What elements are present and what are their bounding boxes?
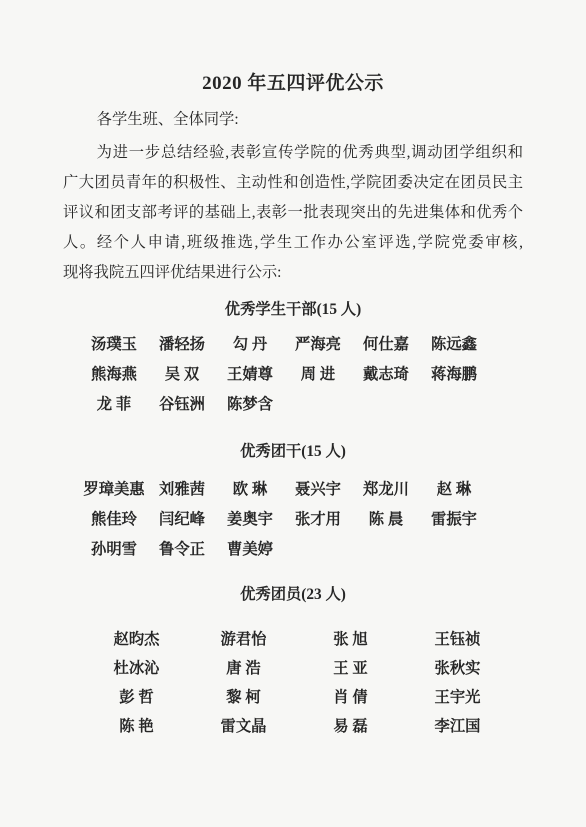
awardee-name: 勾 丹 [216, 330, 284, 360]
awardee-name: 杜冰沁 [83, 654, 190, 683]
section-heading: 优秀团干(15 人) [63, 437, 523, 467]
paragraph-line: 为进一步总结经验,表彰宣传学院的优秀典型,调动团学组织和 [63, 138, 523, 168]
awardee-name: 易 磊 [297, 712, 404, 741]
awardee-name: 姜奥宇 [216, 505, 284, 535]
awardee-name: 张 旭 [297, 625, 404, 654]
paragraph-line: 评议和团支部考评的基础上,表彰一批表现突出的先进集体和优秀个 [63, 198, 523, 228]
awardee-name: 曹美婷 [216, 535, 284, 565]
awardee-name: 闫纪峰 [148, 505, 216, 535]
awardee-name: 肖 倩 [297, 683, 404, 712]
awardee-name: 王宇光 [404, 683, 511, 712]
section-heading: 优秀学生干部(15 人) [63, 295, 523, 325]
awardee-name: 王钰祯 [404, 625, 511, 654]
paragraph-line: 人。经个人申请,班级推选,学生工作办公室评选,学院党委审核, [63, 228, 523, 258]
awardee-name: 聂兴宇 [284, 475, 352, 505]
section-outstanding-league-cadres: 优秀团干(15 人) 罗璋美惠刘雅茜欧 琳聂兴宇郑龙川赵 琳熊佳玲闫纪峰姜奥宇张… [63, 437, 523, 565]
awardee-name: 何仕嘉 [352, 330, 420, 360]
paragraph-line: 广大团员青年的积极性、主动性和创造性,学院团委决定在团员民主 [63, 168, 523, 198]
awardee-name: 蒋海鹏 [420, 360, 488, 390]
awardee-name: 李江国 [404, 712, 511, 741]
intro-paragraph: 为进一步总结经验,表彰宣传学院的优秀典型,调动团学组织和 广大团员青年的积极性、… [63, 138, 523, 288]
awardee-name: 郑龙川 [352, 475, 420, 505]
awardee-name: 雷振宇 [420, 505, 488, 535]
awardee-name: 欧 琳 [216, 475, 284, 505]
section-outstanding-league-members: 优秀团员(23 人) 赵昀杰游君怡张 旭王钰祯杜冰沁唐 浩王 亚张秋实彭 哲黎 … [63, 580, 523, 741]
awardee-name: 赵 琳 [420, 475, 488, 505]
awardee-name: 黎 柯 [190, 683, 297, 712]
paragraph-line: 现将我院五四评优结果进行公示: [63, 258, 523, 288]
announcement-document: 2020 年五四评优公示 各学生班、全体同学: 为进一步总结经验,表彰宣传学院的… [0, 0, 586, 827]
salutation: 各学生班、全体同学: [63, 105, 523, 135]
awardee-name: 周 进 [284, 360, 352, 390]
awardee-name: 严海亮 [284, 330, 352, 360]
awardee-name: 游君怡 [190, 625, 297, 654]
awardee-name: 张秋实 [404, 654, 511, 683]
awardee-name: 龙 菲 [80, 390, 148, 420]
awardee-name: 陈梦含 [216, 390, 284, 420]
name-grid: 赵昀杰游君怡张 旭王钰祯杜冰沁唐 浩王 亚张秋实彭 哲黎 柯肖 倩王宇光陈 艳雷… [83, 625, 523, 741]
awardee-name: 罗璋美惠 [80, 475, 148, 505]
awardee-name: 陈 艳 [83, 712, 190, 741]
awardee-name: 王 亚 [297, 654, 404, 683]
section-outstanding-student-cadres: 优秀学生干部(15 人) 汤璞玉潘轻扬勾 丹严海亮何仕嘉陈远鑫熊海燕吴 双王婧尊… [63, 295, 523, 420]
awardee-name: 张才用 [284, 505, 352, 535]
awardee-name: 吴 双 [148, 360, 216, 390]
awardee-name: 唐 浩 [190, 654, 297, 683]
awardee-name: 熊海燕 [80, 360, 148, 390]
awardee-name: 潘轻扬 [148, 330, 216, 360]
awardee-name: 雷文晶 [190, 712, 297, 741]
name-grid: 罗璋美惠刘雅茜欧 琳聂兴宇郑龙川赵 琳熊佳玲闫纪峰姜奥宇张才用陈 晨雷振宇孙明雪… [80, 475, 523, 565]
awardee-name: 孙明雪 [80, 535, 148, 565]
awardee-name: 谷钰洲 [148, 390, 216, 420]
name-grid: 汤璞玉潘轻扬勾 丹严海亮何仕嘉陈远鑫熊海燕吴 双王婧尊周 进戴志琦蒋海鹏龙 菲谷… [80, 330, 523, 420]
awardee-name: 王婧尊 [216, 360, 284, 390]
awardee-name: 熊佳玲 [80, 505, 148, 535]
awardee-name: 赵昀杰 [83, 625, 190, 654]
awardee-name: 刘雅茜 [148, 475, 216, 505]
awardee-name: 鲁令正 [148, 535, 216, 565]
awardee-name: 彭 哲 [83, 683, 190, 712]
awardee-name: 戴志琦 [352, 360, 420, 390]
awardee-name: 汤璞玉 [80, 330, 148, 360]
awardee-name: 陈远鑫 [420, 330, 488, 360]
awardee-name: 陈 晨 [352, 505, 420, 535]
section-heading: 优秀团员(23 人) [63, 580, 523, 610]
document-title: 2020 年五四评优公示 [63, 70, 523, 98]
